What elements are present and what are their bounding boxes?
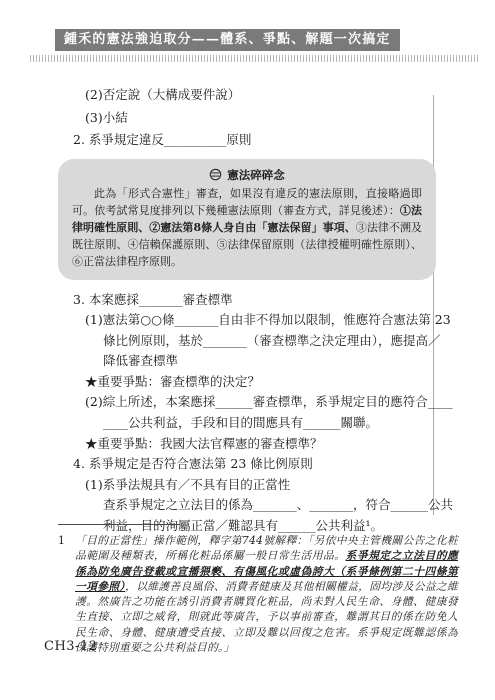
- running-head: 鍾禾的憲法強迫取分——體系、爭點、解題一次搞定: [55, 29, 400, 51]
- body-line: 3. 本案應採_______審查標準: [60, 290, 434, 311]
- callout-text-regular: 此為「形式合憲性」審查，如果沒有違反的憲法原則，直接略過即可。依考試常見度排列以…: [72, 187, 422, 217]
- body-line: (3)小結: [60, 107, 434, 130]
- body-line: ★重要爭點：審查標準的決定？: [60, 372, 434, 393]
- body-line: 條比例原則，基於_______（審查標準之決定理由），應提高／: [60, 331, 434, 352]
- speech-bubble-icon: [209, 168, 222, 181]
- body-line: (2)綜上所述，本案應採______審查標準，系爭規定目的應符合____: [60, 392, 434, 413]
- page-content: (2)否定說（大構成要件說） (3)小結 2. 系爭規定違反__________…: [60, 84, 434, 537]
- book-page: 鍾禾的憲法強迫取分——體系、爭點、解題一次搞定 (2)否定說（大構成要件說） (…: [0, 0, 495, 700]
- body-line: 2. 系爭規定違反__________原則: [60, 129, 434, 152]
- body-line: ★重要爭點：我國大法官釋憲的審查標準？: [60, 434, 434, 455]
- footnote-separator: [58, 524, 180, 525]
- body-line: ____公共利益，手段和目的間應具有______關聯。: [60, 413, 434, 434]
- callout-title-row: 憲法碎碎念: [72, 166, 422, 184]
- footnote-text: 「目的正當性」操作範例，釋字第744號解釋：「另依中央主管機關公告之化粧品範圍及…: [75, 533, 458, 655]
- body-line: 查系爭規定之立法目的係為_______、_______，符合______公共: [60, 495, 434, 516]
- body-line: (1)憲法第○○條_______自由非不得加以限制，惟應符合憲法第 23: [60, 310, 434, 331]
- body-line: 4. 系爭規定是否符合憲法第 23 條比例原則: [60, 454, 434, 475]
- callout-text: 此為「形式合憲性」審查，如果沒有違反的憲法原則，直接略過即可。依考試常見度排列以…: [72, 185, 422, 271]
- body-line: (2)否定說（大構成要件說）: [60, 84, 434, 107]
- body-lines-lower: 3. 本案應採_______審查標準 (1)憲法第○○條_______自由非不得…: [60, 290, 434, 537]
- book-title: 鍾禾的憲法強迫取分——體系、爭點、解題一次搞定: [64, 32, 391, 47]
- callout-title: 憲法碎碎念: [227, 166, 285, 184]
- footnote-row: 1 「目的正當性」操作範例，釋字第744號解釋：「另依中央主管機關公告之化粧品範…: [58, 533, 458, 655]
- footnote: 1 「目的正當性」操作範例，釋字第744號解釋：「另依中央主管機關公告之化粧品範…: [58, 524, 458, 655]
- body-line: (1)系爭法規具有／不具有目的正當性: [60, 475, 434, 496]
- page-number: CH3-12: [44, 639, 98, 654]
- decorative-hatch-rule: [30, 55, 480, 62]
- footnote-number: 1: [58, 533, 75, 655]
- constitution-note-callout: 憲法碎碎念 此為「形式合憲性」審查，如果沒有違反的憲法原則，直接略過即可。依考試…: [58, 159, 436, 280]
- footnote-tail: ，以維護善良風俗、消費者健康及其他相關權益，固均涉及公益之維護。然廣告之功能在誘…: [75, 580, 458, 654]
- body-line: 降低審查標準: [60, 351, 434, 372]
